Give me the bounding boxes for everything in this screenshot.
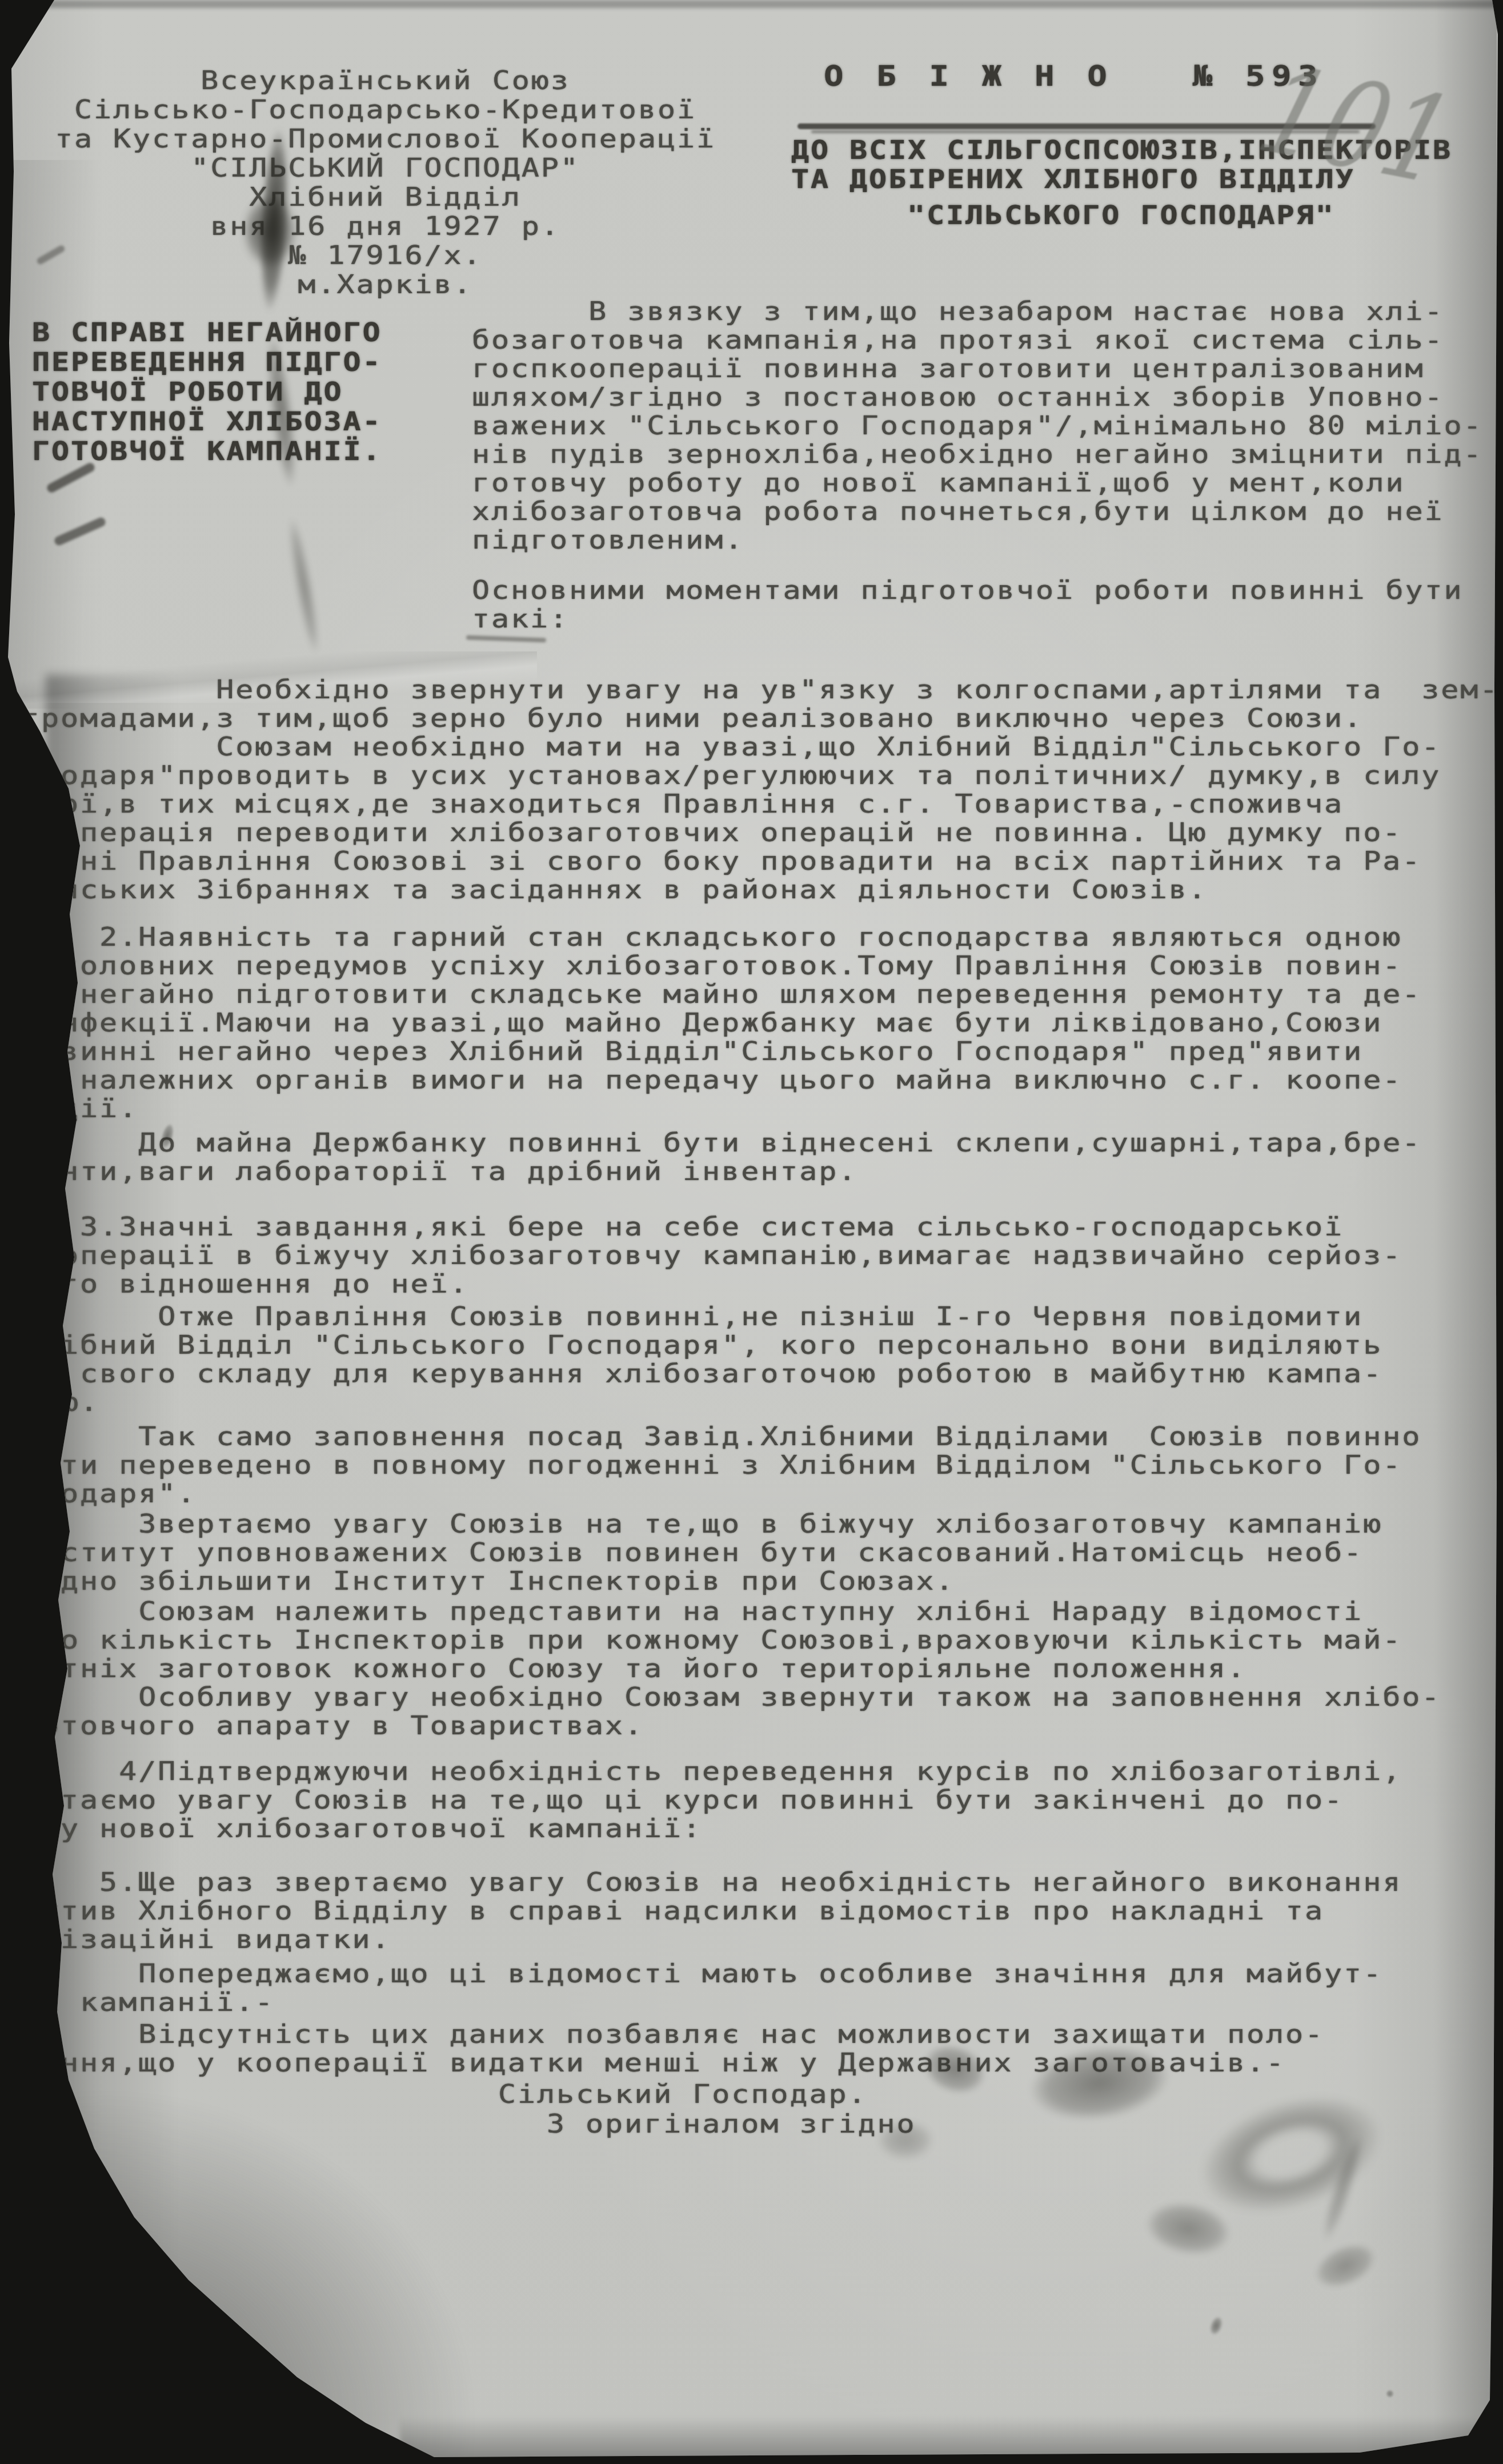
text-line: ного відношення до неї. [22, 1270, 1402, 1298]
text-line: Хлібний Відділ [37, 182, 734, 211]
text-line: ПЕРЕВЕДЕННЯ ПІДГО- [32, 347, 382, 377]
text-line: До майна Держбанку повинні бути віднесен… [22, 1129, 1421, 1157]
ink-streak [278, 491, 330, 681]
text-line: якої,в тих місцях,де знаходиться Правлін… [22, 790, 1499, 818]
text-line: зі свого складу для керування хлібозагот… [22, 1359, 1382, 1388]
text-line: нів пудів зернохліба,необхідно негайно з… [472, 440, 1483, 469]
signature-note: З оригіналом згідно [547, 2110, 916, 2138]
pencil-crease-mark [466, 635, 546, 643]
body-paragraph-1: Необхідно звернути увагу на ув"язку з ко… [22, 675, 1499, 904]
text-line: кооперації в біжучу хлібозаготовчу кампа… [22, 1241, 1402, 1270]
body-paragraph-3e: Особливу увагу необхідно Союзам звернути… [22, 1683, 1441, 1740]
body-paragraph-4: 4/Підтверджуючи необхідність переведення… [22, 1757, 1402, 1843]
text-line: м.Харків. [37, 270, 734, 299]
text-line: та Кустарно-Промислової Кооперації [37, 124, 734, 153]
text-line: "СІЛЬСЬКИЙ ГОСПОДАР" [37, 153, 734, 182]
text-line: підготовленим. [472, 526, 1483, 554]
text-line: 4/Підтверджуючи необхідність переведення… [22, 1757, 1402, 1786]
text-line: Особливу увагу необхідно Союзам звернути… [22, 1683, 1441, 1711]
text-line: ертаємо увагу Союзів на те,що ці курси п… [22, 1786, 1402, 1814]
body-paragraph-2a: До майна Держбанку повинні бути віднесен… [22, 1129, 1421, 1186]
stamp-smear-ring [1156, 2052, 1426, 2257]
circular-number-title: О Б І Ж Н О № 593 [824, 62, 1324, 90]
bottom-edge-shadow [400, 2417, 1497, 2464]
text-line: госпкооперації повинна заготовити центра… [472, 354, 1483, 383]
ink-dot [1205, 2311, 1227, 2340]
text-line: № 17916/х. [37, 241, 734, 270]
text-line: важених "Сільського Господаря"/,мінімаль… [472, 411, 1483, 440]
text-line: Основними моментами підготовчої роботи п… [472, 576, 1464, 605]
text-line: Хлібний Відділ "Сільського Господаря", к… [22, 1331, 1382, 1359]
text-line: готовчого апарату в Товариствах. [22, 1711, 1441, 1740]
handwritten-page-number: 101 [1247, 51, 1464, 202]
text-line: Отже Правління Союзів повинні,не пізніш … [22, 1302, 1382, 1331]
text-line: Союзам необхідно мати на увазі,що Хлібни… [22, 733, 1499, 761]
ink-smudge [1309, 2114, 1376, 2263]
text-line: В СПРАВІ НЕГАЙНОГО [32, 318, 382, 347]
addressee-organization: "СІЛЬСЬКОГО ГОСПОДАРЯ" [907, 201, 1335, 230]
ink-smudge [1296, 2225, 1395, 2307]
ink-smudge [1126, 2185, 1251, 2273]
body-paragraph-5b: Відсутність цих даних позбавляє нас можл… [22, 2020, 1324, 2077]
paper-tear-mark [53, 516, 107, 547]
subject-block: В СПРАВІ НЕГАЙНОГОПЕРЕВЕДЕННЯ ПІДГО-ТОВЧ… [32, 318, 382, 466]
text-line: тку нової хлібозаготовчої кампанії: [22, 1814, 1402, 1843]
text-line: бутніх заготовок кожного Союзу та його т… [22, 1654, 1402, 1683]
text-line: Відсутність цих даних позбавляє нас можл… [22, 2020, 1324, 2049]
text-line: Всеукраїнський Союз [37, 66, 734, 95]
text-line: готовчу роботу до нової кампанії,щоб у м… [472, 469, 1483, 497]
text-line: дянських Зібраннях та засіданнях в район… [22, 875, 1499, 904]
letterhead-block: Всеукраїнський СоюзСільсько-Господарсько… [37, 66, 734, 299]
body-paragraph-3c: Звертаємо увагу Союзів на те,що в біжучу… [22, 1510, 1382, 1595]
text-line: ектив Хлібного Відділу в справі надсилки… [22, 1897, 1402, 1925]
text-line: алізаційні видатки. [22, 1925, 1402, 1954]
text-line: бути переведено в повному погодженні з Х… [22, 1451, 1421, 1479]
text-line: шляхом/згідно з постановою останніх збор… [472, 383, 1483, 411]
ink-dot [1385, 2389, 1395, 2399]
text-line: сподаря". [22, 1479, 1421, 1508]
text-line: рації. [22, 1094, 1421, 1123]
text-line: 2.Наявність та гарний стан складського г… [22, 923, 1421, 951]
body-paragraph-2: 2.Наявність та гарний стан складського г… [22, 923, 1421, 1123]
body-paragraph-3d: Союзам належить представити на наступну … [22, 1597, 1402, 1683]
text-line: громадами,з тим,щоб зерно було ними реал… [22, 704, 1499, 733]
top-edge-shadow [0, 0, 1503, 8]
text-line: 3.Значні завдання,які бере на себе систе… [22, 1213, 1402, 1241]
text-line: сподаря"проводить в усих установах/регул… [22, 761, 1499, 790]
text-line: винні Правління Союзові зі свого боку пр… [22, 847, 1499, 875]
text-line: бозаготовча кампанія,на протязі якої сис… [472, 326, 1483, 354]
text-line: зенти,ваги лабораторії та дрібний інвент… [22, 1157, 1421, 1186]
text-line: зинфекції.Маючи на увазі,що майно Держба… [22, 1009, 1421, 1037]
body-paragraph-3a: Отже Правління Союзів повинні,не пізніш … [22, 1302, 1382, 1417]
text-line: ої кампанії.- [22, 1988, 1382, 2017]
text-line: ГОТОВЧОЇ КАМПАНІЇ. [32, 437, 382, 466]
body-paragraph-3: 3.Значні завдання,які бере на себе систе… [22, 1213, 1402, 1298]
body-paragraph-5: 5.Ще раз звертаємо увагу Союзів на необх… [22, 1868, 1402, 1954]
intro-paragraph: В звязку з тим,що незабаром настає нова … [472, 297, 1483, 554]
text-line: про кількість Інспекторів при кожному Со… [22, 1626, 1402, 1654]
bottom-left-tear-shadow [69, 2046, 526, 2457]
text-line: Необхідно звернути увагу на ув"язку з ко… [22, 675, 1499, 704]
text-line: Попереджаємо,що ці відомості мають особл… [22, 1959, 1382, 1988]
text-line: повинні негайно через Хлібний Відділ"Сіл… [22, 1037, 1421, 1066]
text-line: ТОВЧОЇ РОБОТИ ДО [32, 377, 382, 407]
text-line: Сільсько-Господарсько-Кредитової [37, 95, 734, 124]
text-line: Так само заповнення посад Завід.Хлібними… [22, 1422, 1421, 1451]
text-line: Союзам належить представити на наступну … [22, 1597, 1402, 1626]
body-paragraph-5a: Попереджаємо,що ці відомості мають особл… [22, 1959, 1382, 2017]
text-line: ні негайно підготовити складське майно ш… [22, 980, 1421, 1009]
paper-sheet: Всеукраїнський СоюзСільсько-Господарсько… [0, 0, 1503, 2464]
text-line: інститут уповноважених Союзів повинен бу… [22, 1538, 1382, 1567]
text-line: нію. [22, 1388, 1382, 1417]
text-line: Звертаємо увагу Союзів на те,що в біжучу… [22, 1510, 1382, 1538]
text-line: з головних передумов успіху хлібозаготов… [22, 951, 1421, 980]
signature-org: Сільський Господар. [498, 2080, 868, 2109]
body-paragraph-3b: Так само заповнення посад Завід.Хлібними… [22, 1422, 1421, 1508]
text-line: такі: [472, 605, 1464, 633]
text-line: ження,що у кооперації видатки менші ніж … [22, 2049, 1324, 2077]
text-line: 5.Ще раз звертаємо увагу Союзів на необх… [22, 1868, 1402, 1897]
text-line: кооперація переводити хлібозаготовчих оп… [22, 818, 1499, 847]
text-line: до належних органів вимоги на передачу ц… [22, 1066, 1421, 1094]
text-line: вня 16 дня 1927 р. [37, 211, 734, 241]
text-line: хлібозаготовча робота почнеться,бути ціл… [472, 497, 1483, 526]
intro-lead-lines: Основними моментами підготовчої роботи п… [472, 576, 1464, 633]
text-line: В звязку з тим,що незабаром настає нова … [472, 297, 1483, 326]
text-line: НАСТУПНОЇ ХЛІБОЗА- [32, 407, 382, 437]
text-line: хідно збільшити Інститут Інспекторів при… [22, 1567, 1382, 1595]
